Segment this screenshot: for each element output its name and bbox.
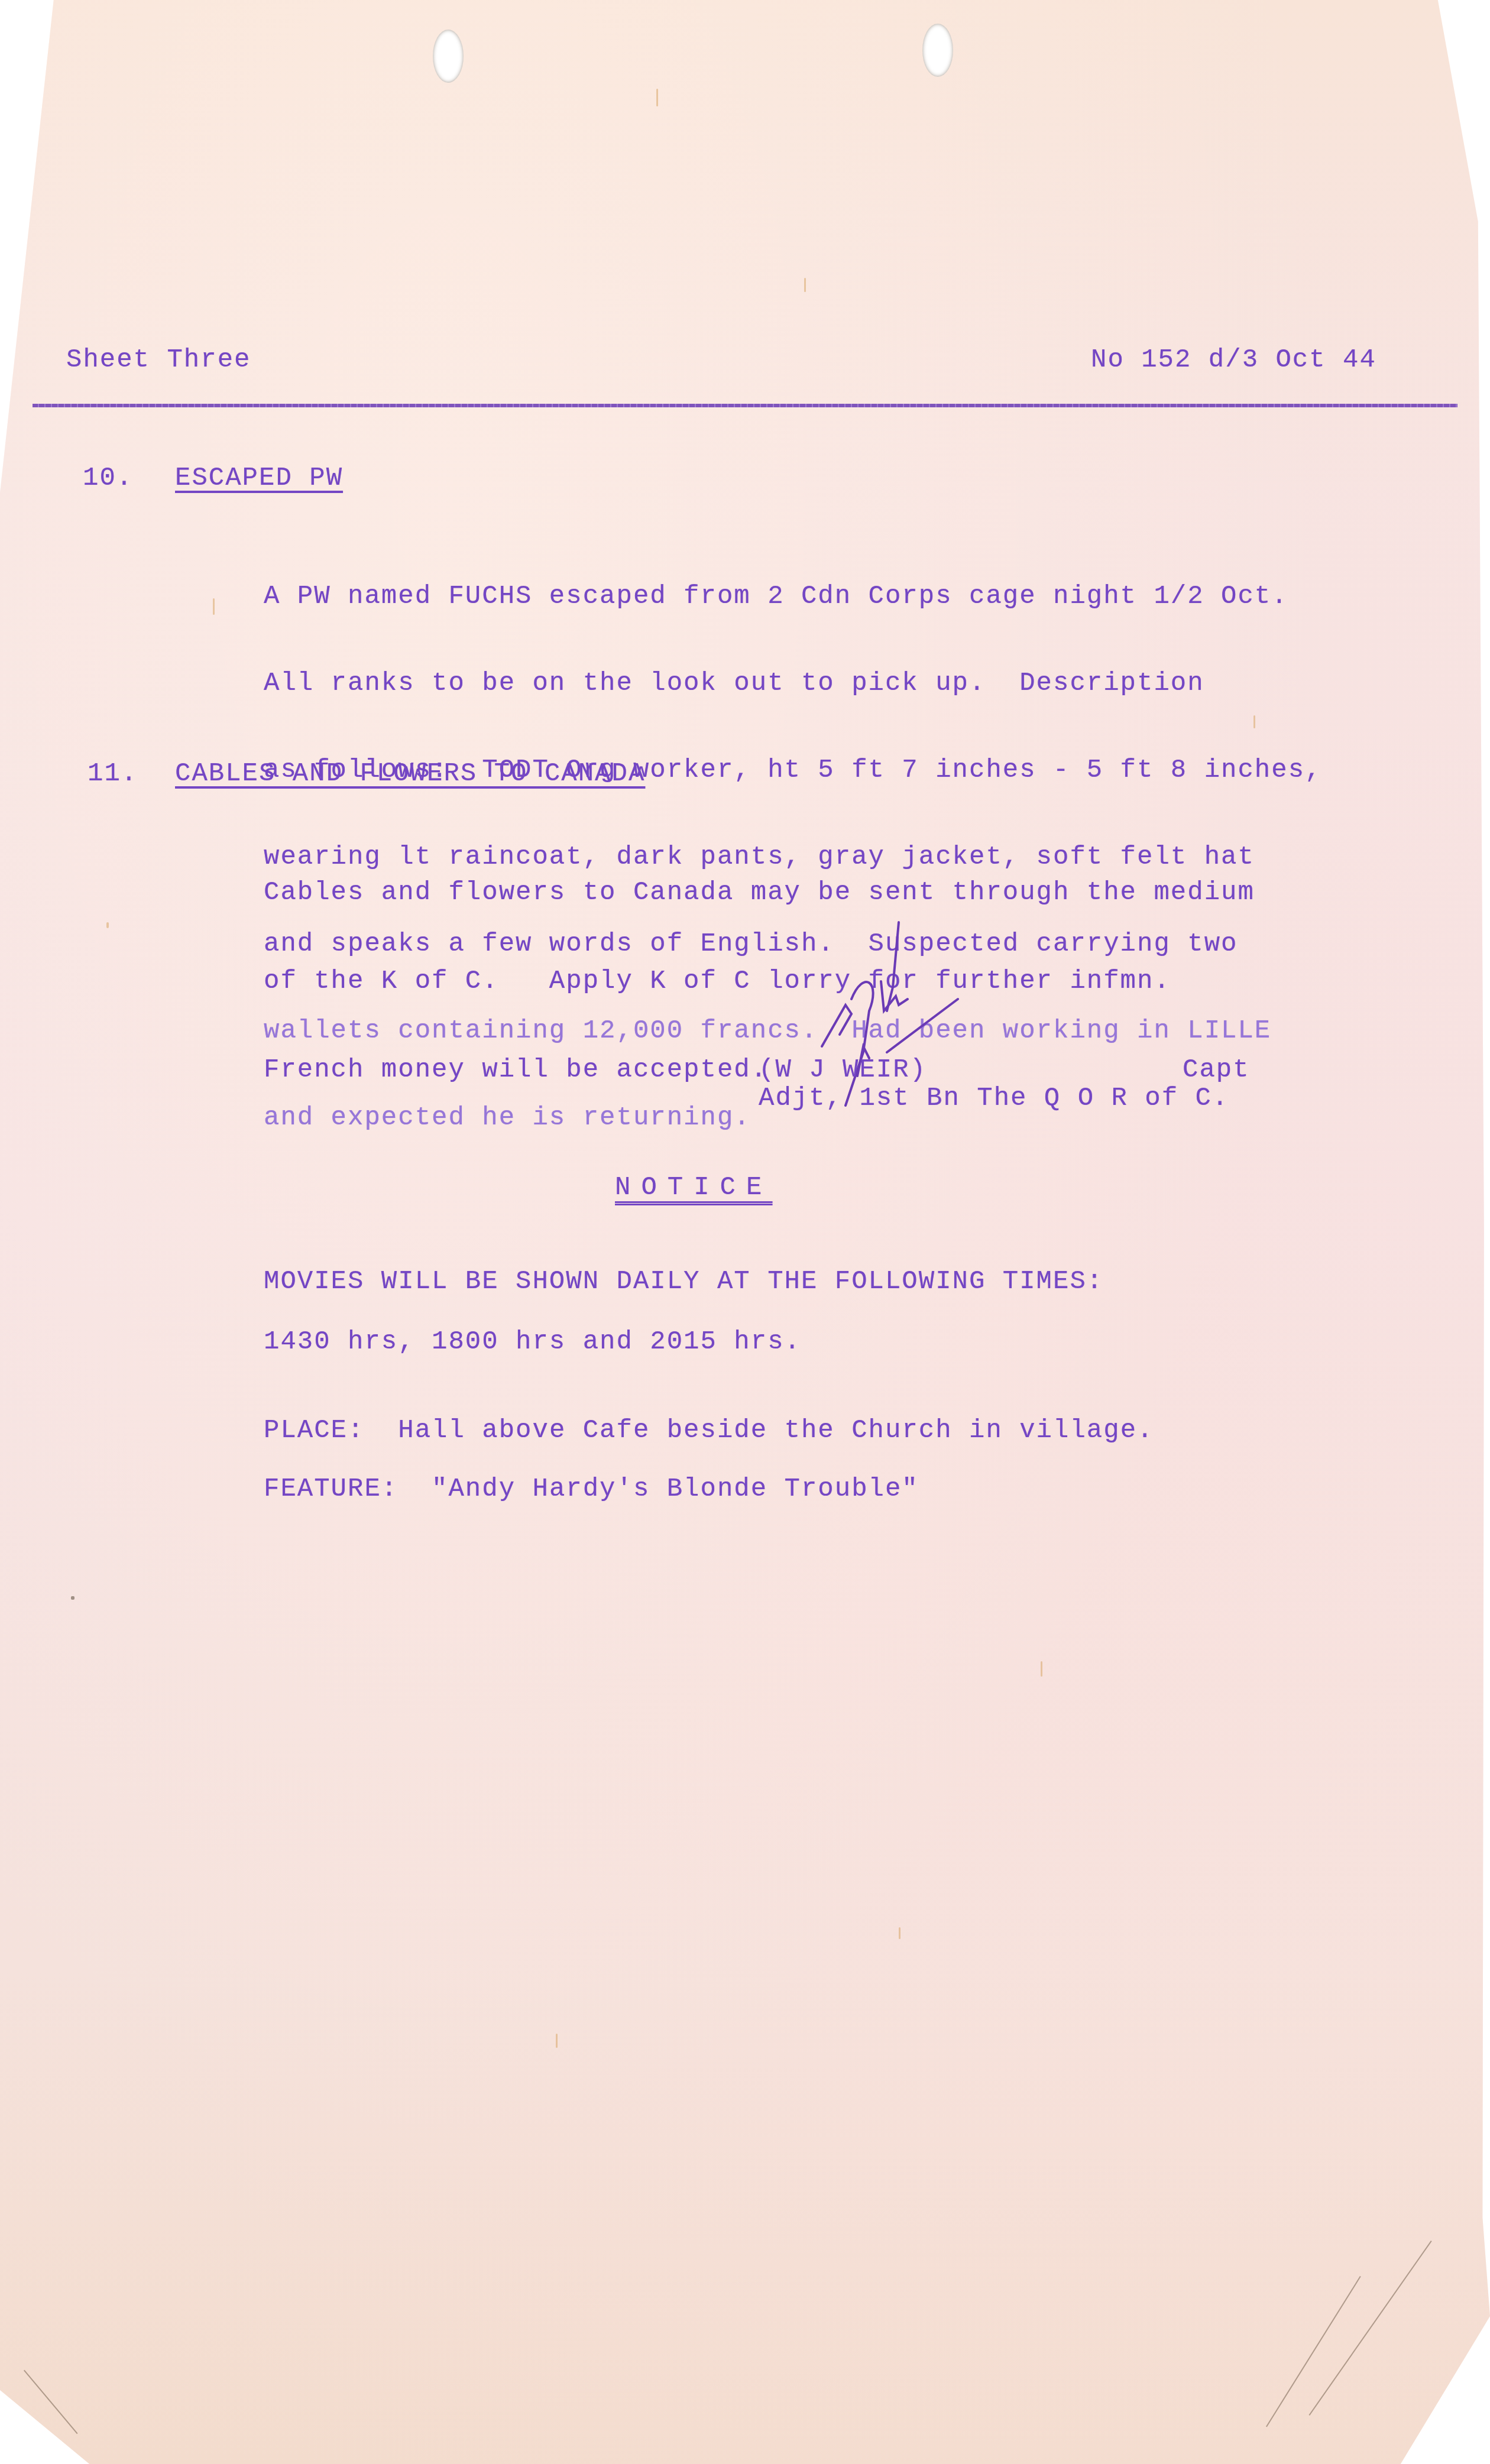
notice-feature: FEATURE: "Andy Hardy's Blonde Trouble" <box>264 1474 919 1504</box>
header-divider <box>33 404 1457 407</box>
notice-place: PLACE: Hall above Cafe beside the Church… <box>264 1416 1154 1445</box>
body-line: Cables and flowers to Canada may be sent… <box>264 878 1255 907</box>
notice-heading: NOTICE <box>615 1173 772 1202</box>
punch-hole-right <box>922 24 953 77</box>
sheet-label: Sheet Three <box>66 345 251 375</box>
place-label: PLACE: <box>264 1416 364 1445</box>
paper-speck <box>1041 1661 1042 1677</box>
feature-value: "Andy Hardy's Blonde Trouble" <box>432 1474 919 1504</box>
signatory-name: (W J WEIR) <box>759 1055 927 1085</box>
section-number: 11. <box>88 759 138 789</box>
paper-speck <box>106 922 109 928</box>
corner-crease <box>24 2370 78 2434</box>
document-reference: No 152 d/3 Oct 44 <box>1091 345 1376 375</box>
body-line: All ranks to be on the look out to pick … <box>264 669 1321 698</box>
paper-speck <box>556 2034 558 2048</box>
signatory-rank: Capt <box>1183 1055 1250 1085</box>
paper-speck <box>899 1927 901 1939</box>
paper-speck <box>804 278 806 292</box>
paper-speck <box>213 598 215 615</box>
punch-hole-left <box>433 30 464 83</box>
body-line: A PW named FUCHS escaped from 2 Cdn Corp… <box>264 582 1321 611</box>
paper-speck <box>71 1596 74 1600</box>
paper-speck <box>656 89 658 106</box>
section-number: 10. <box>83 463 133 493</box>
document-page: Sheet Three No 152 d/3 Oct 44 10. ESCAPE… <box>0 0 1490 2464</box>
place-value: Hall above Cafe beside the Church in vil… <box>398 1416 1154 1445</box>
section-title: ESCAPED PW <box>175 463 343 493</box>
body-line: of the K of C. Apply K of C lorry for fu… <box>264 967 1255 996</box>
feature-label: FEATURE: <box>264 1474 398 1504</box>
signatory-appointment: Adjt, 1st Bn The Q O R of C. <box>759 1084 1229 1113</box>
section-title: CABLES AND FLOWERS TO CANADA <box>175 759 645 789</box>
notice-movies-line: MOVIES WILL BE SHOWN DAILY AT THE FOLLOW… <box>264 1267 1103 1296</box>
corner-crease <box>1266 2276 1361 2427</box>
notice-times-line: 1430 hrs, 1800 hrs and 2015 hrs. <box>264 1327 801 1357</box>
